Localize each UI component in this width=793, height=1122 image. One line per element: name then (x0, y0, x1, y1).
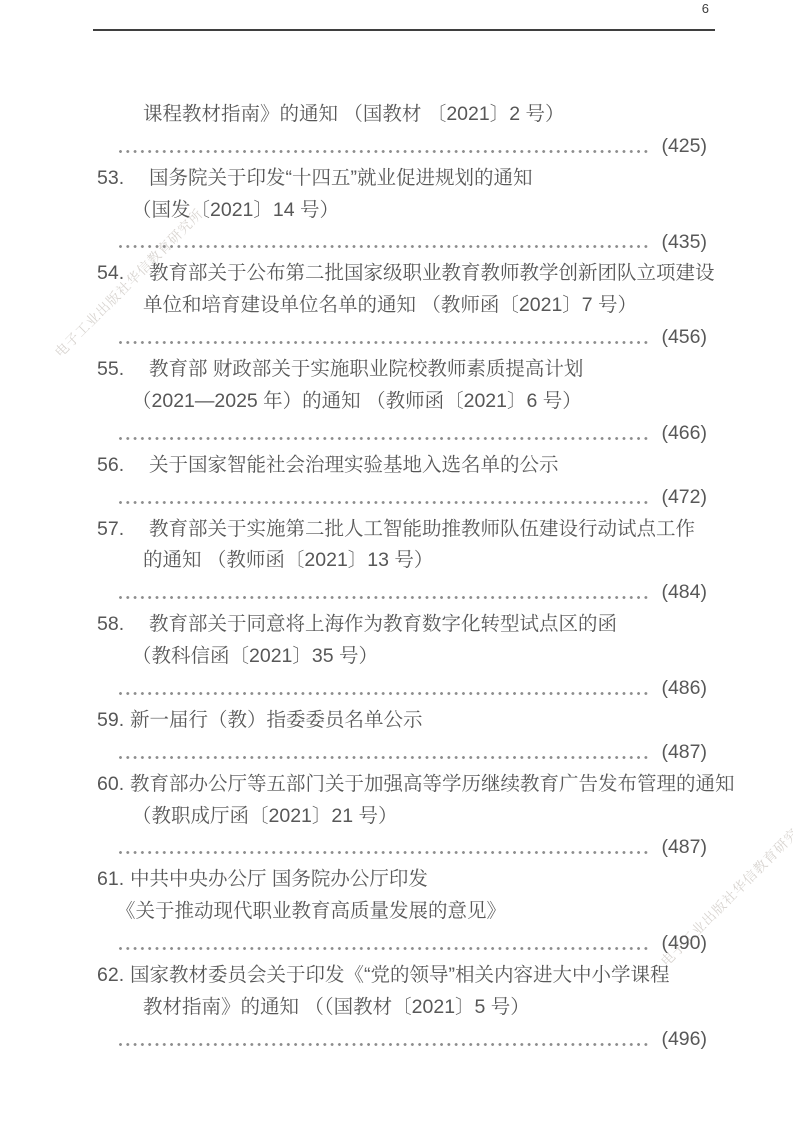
entry-line: （2021—2025 年）的通知 （教师函〔2021〕6 号） (0, 386, 793, 418)
entry-number: 56. (97, 450, 124, 482)
entry-line: （国发〔2021〕14 号） (0, 195, 793, 227)
page-ref: (486) (661, 673, 707, 705)
entry-text: 单位和培育建设单位名单的通知 （教师函〔2021〕7 号） (143, 294, 637, 316)
leader-dots (119, 947, 648, 950)
entry-text: （国发〔2021〕14 号） (132, 199, 339, 221)
leader-dots (119, 245, 648, 248)
leader-line: (456) (0, 322, 793, 354)
toc-entry: 62.国家教材委员会关于印发《“党的领导”相关内容进大中小学课程教材指南》的通知… (0, 960, 793, 1056)
leader-line: (487) (0, 832, 793, 864)
entry-text: 教育部办公厅等五部门关于加强高等学历继续教育广告发布管理的通知 (130, 773, 735, 795)
entry-text: 《关于推动现代职业教育高质量发展的意见》 (116, 900, 506, 922)
page-ref: (435) (661, 227, 707, 259)
toc-entry: 59.新一届行（教）指委委员名单公示(487) (0, 705, 793, 769)
entry-text: 教育部 财政部关于实施职业院校教师素质提高计划 (149, 358, 583, 380)
page-ref: (487) (661, 737, 707, 769)
page-ref: (466) (661, 418, 707, 450)
entry-line: 62.国家教材委员会关于印发《“党的领导”相关内容进大中小学课程 (0, 960, 793, 992)
page-ref: (425) (661, 131, 707, 163)
leader-line: (484) (0, 577, 793, 609)
entry-line: 59.新一届行（教）指委委员名单公示 (0, 705, 793, 737)
entry-text: 教育部关于同意将上海作为教育数字化转型试点区的函 (149, 613, 617, 635)
leader-line: (487) (0, 737, 793, 769)
entry-line: （教职成厅函〔2021〕21 号） (0, 801, 793, 833)
entry-text: 教育部关于公布第二批国家级职业教育教师教学创新团队立项建设 (149, 262, 715, 284)
document-page: 6 电子工业出版社华信教育研究所 电子工业出版社华信教育研究所 课程教材指南》的… (0, 0, 793, 1122)
entry-line: 58.教育部关于同意将上海作为教育数字化转型试点区的函 (0, 609, 793, 641)
leader-dots (119, 596, 648, 599)
entry-number: 58. (97, 609, 124, 641)
entry-number: 55. (97, 354, 124, 386)
leader-dots (119, 150, 648, 153)
leader-dots (119, 501, 648, 504)
entry-text: 关于国家智能社会治理实验基地入选名单的公示 (149, 454, 559, 476)
entry-text: 课程教材指南》的通知 （国教材 〔2021〕2 号） (143, 103, 564, 125)
entry-line: 53.国务院关于印发“十四五”就业促进规划的通知 (0, 163, 793, 195)
entry-line: 54.教育部关于公布第二批国家级职业教育教师教学创新团队立项建设 (0, 258, 793, 290)
entry-line: 61.中共中央办公厅 国务院办公厅印发 (0, 864, 793, 896)
entry-line: 55.教育部 财政部关于实施职业院校教师素质提高计划 (0, 354, 793, 386)
toc-entry: 课程教材指南》的通知 （国教材 〔2021〕2 号）(425) (0, 99, 793, 163)
entry-text: 中共中央办公厅 国务院办公厅印发 (130, 868, 428, 890)
toc-entry: 55.教育部 财政部关于实施职业院校教师素质提高计划（2021—2025 年）的… (0, 354, 793, 450)
toc-entry: 61.中共中央办公厅 国务院办公厅印发《关于推动现代职业教育高质量发展的意见》(… (0, 864, 793, 960)
leader-line: (472) (0, 482, 793, 514)
toc-entry: 60.教育部办公厅等五部门关于加强高等学历继续教育广告发布管理的通知（教职成厅函… (0, 769, 793, 865)
entry-text: 的通知 （教师函〔2021〕13 号） (143, 549, 433, 571)
entry-number: 54. (97, 258, 124, 290)
leader-line: (496) (0, 1024, 793, 1056)
toc-entry: 56.关于国家智能社会治理实验基地入选名单的公示(472) (0, 450, 793, 514)
leader-dots (119, 437, 648, 440)
leader-dots (119, 756, 648, 759)
entry-text: 教育部关于实施第二批人工智能助推教师队伍建设行动试点工作 (149, 518, 695, 540)
toc-entry: 57.教育部关于实施第二批人工智能助推教师队伍建设行动试点工作的通知 （教师函〔… (0, 514, 793, 610)
page-ref: (484) (661, 577, 707, 609)
entry-text: 国务院关于印发“十四五”就业促进规划的通知 (149, 167, 533, 189)
entry-line: 教材指南》的通知 （（国教材〔2021〕5 号） (0, 992, 793, 1024)
toc-entry: 54.教育部关于公布第二批国家级职业教育教师教学创新团队立项建设单位和培育建设单… (0, 258, 793, 354)
toc-entry: 58.教育部关于同意将上海作为教育数字化转型试点区的函（教科信函〔2021〕35… (0, 609, 793, 705)
entry-number: 53. (97, 163, 124, 195)
entry-text: 国家教材委员会关于印发《“党的领导”相关内容进大中小学课程 (130, 964, 670, 986)
page-ref: (490) (661, 928, 707, 960)
entry-number: 60. (97, 769, 124, 801)
page-number: 6 (702, 1, 709, 16)
page-ref: (472) (661, 482, 707, 514)
entry-line: 《关于推动现代职业教育高质量发展的意见》 (0, 896, 793, 928)
entry-text: 新一届行（教）指委委员名单公示 (130, 709, 423, 731)
entry-line: 的通知 （教师函〔2021〕13 号） (0, 545, 793, 577)
entry-line: 56.关于国家智能社会治理实验基地入选名单的公示 (0, 450, 793, 482)
page-ref: (496) (661, 1024, 707, 1056)
toc: 课程教材指南》的通知 （国教材 〔2021〕2 号）(425)53.国务院关于印… (0, 99, 793, 1056)
entry-text: （2021—2025 年）的通知 （教师函〔2021〕6 号） (132, 390, 582, 412)
page-ref: (456) (661, 322, 707, 354)
entry-line: 单位和培育建设单位名单的通知 （教师函〔2021〕7 号） (0, 290, 793, 322)
leader-line: (425) (0, 131, 793, 163)
entry-line: 57.教育部关于实施第二批人工智能助推教师队伍建设行动试点工作 (0, 514, 793, 546)
entry-line: 60.教育部办公厅等五部门关于加强高等学历继续教育广告发布管理的通知 (0, 769, 793, 801)
entry-line: 课程教材指南》的通知 （国教材 〔2021〕2 号） (0, 99, 793, 131)
leader-line: (486) (0, 673, 793, 705)
leader-line: (490) (0, 928, 793, 960)
entry-line: （教科信函〔2021〕35 号） (0, 641, 793, 673)
entry-text: （教职成厅函〔2021〕21 号） (132, 805, 398, 827)
leader-dots (119, 341, 648, 344)
entry-number: 57. (97, 514, 124, 546)
header-rule (93, 29, 715, 31)
toc-entry: 53.国务院关于印发“十四五”就业促进规划的通知（国发〔2021〕14 号）(4… (0, 163, 793, 259)
entry-number: 61. (97, 864, 124, 896)
leader-line: (466) (0, 418, 793, 450)
leader-dots (119, 1043, 648, 1046)
entry-number: 62. (97, 960, 124, 992)
leader-dots (119, 851, 648, 854)
entry-number: 59. (97, 705, 124, 737)
leader-line: (435) (0, 227, 793, 259)
entry-text: （教科信函〔2021〕35 号） (132, 645, 378, 667)
page-ref: (487) (661, 832, 707, 864)
entry-text: 教材指南》的通知 （（国教材〔2021〕5 号） (143, 996, 530, 1018)
leader-dots (119, 692, 648, 695)
